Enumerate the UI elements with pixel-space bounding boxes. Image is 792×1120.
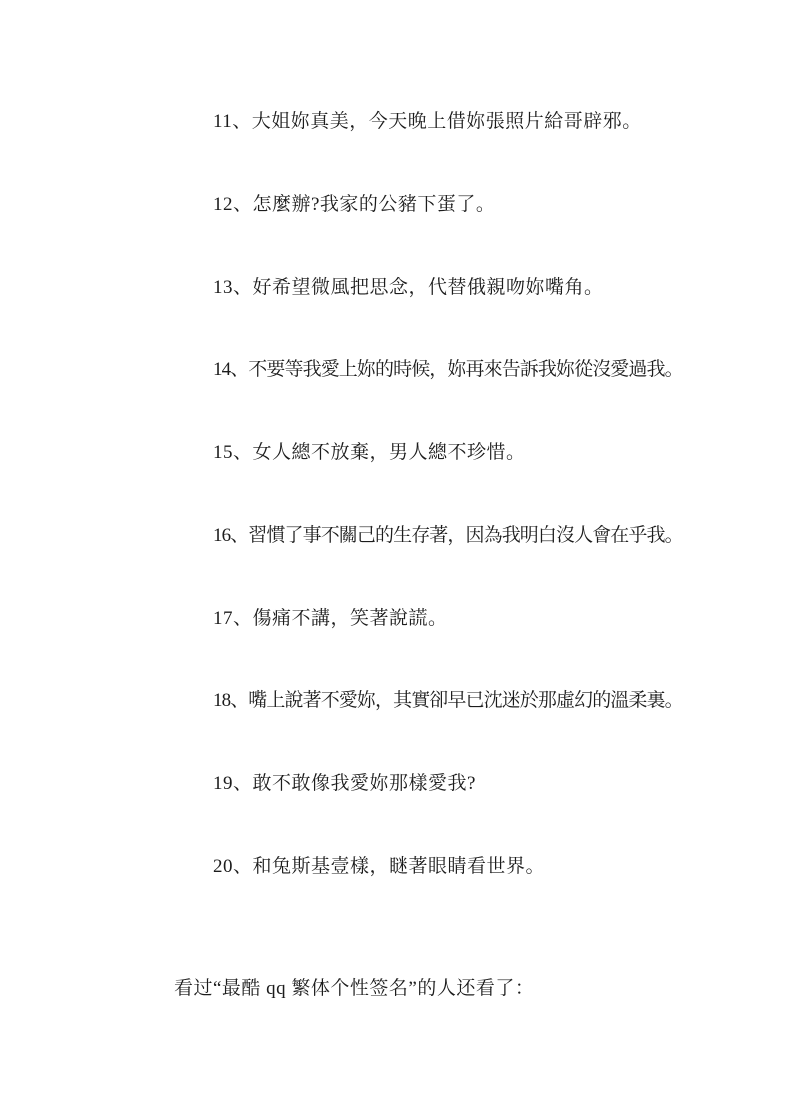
signature-item-14: 14、不要等我愛上妳的時候，妳再來告訴我妳從沒愛過我。 xyxy=(174,358,683,381)
signature-item-19: 19、敢不敢像我愛妳那樣愛我? xyxy=(174,772,476,795)
signature-item-11: 11、大姐妳真美，今天晚上借妳張照片給哥辟邪。 xyxy=(174,110,642,133)
signature-item-13: 13、好希望微風把思念，代替俄親吻妳嘴角。 xyxy=(174,276,604,299)
signature-item-16: 16、習慣了事不關己的生存著，因為我明白沒人會在乎我。 xyxy=(174,524,683,547)
related-articles-heading: 看过“最酷 qq 繁体个性签名”的人还看了： xyxy=(174,977,534,1000)
signature-item-15: 15、女人總不放棄，男人總不珍惜。 xyxy=(174,441,526,464)
document-page: 11、大姐妳真美，今天晚上借妳張照片給哥辟邪。 12、怎麼辦?我家的公豬下蛋了。… xyxy=(0,0,792,1120)
signature-item-17: 17、傷痛不講，笑著說謊。 xyxy=(174,607,448,630)
signature-item-18: 18、嘴上說著不愛妳，其實卻早已沈迷於那虛幻的溫柔裏。 xyxy=(174,689,683,712)
signature-item-20: 20、和兔斯基壹樣，瞇著眼睛看世界。 xyxy=(174,855,545,878)
signature-item-12: 12、怎麼辦?我家的公豬下蛋了。 xyxy=(174,193,495,216)
